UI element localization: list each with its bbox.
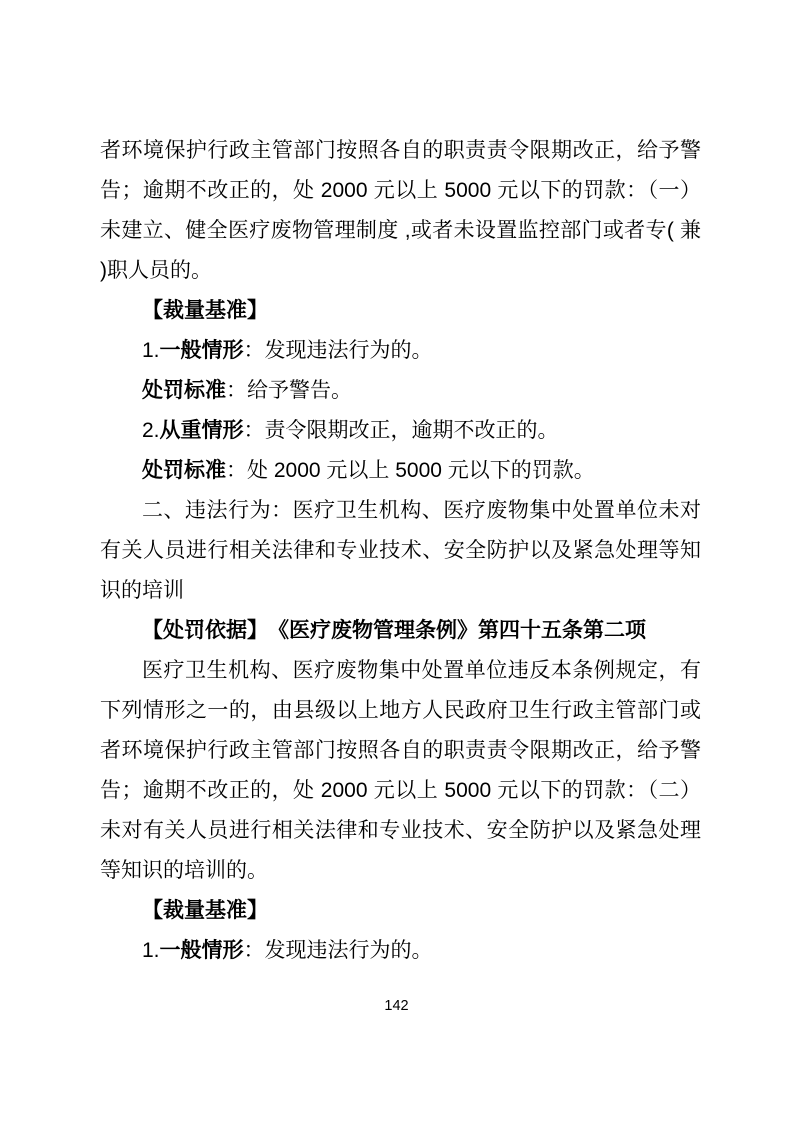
para-item2-general-case: 1.一般情形：发现违法行为的。 (100, 931, 701, 971)
text-run: 医疗卫生机构、医疗废物集中处置单位违反本条例规定，有下列情形之一的，由县级以上地… (100, 659, 701, 882)
heading-discretion-benchmark-item2: 【裁量基准】 (100, 891, 701, 931)
page-number: 142 (384, 998, 408, 1014)
bold-text-run: 【处罚依据】 《医疗废物管理条例》第四十五条第二项 (142, 619, 646, 642)
text-run: ：发现违法行为的。 (244, 939, 433, 962)
bold-text-run: 从重情形 (160, 419, 244, 442)
para-item1-regulation-continuation: 者环境保护行政主管部门按照各自的职责责令限期改正，给予警告；逾期不改正的，处 2… (100, 131, 701, 291)
page-footer: 142 (0, 996, 793, 1016)
para-item1-aggravated-case: 2.从重情形：责令限期改正，逾期不改正的。 (100, 411, 701, 451)
para-item1-aggravated-penalty-standard: 处罚标准：处 2000 元以上 5000 元以下的罚款。 (100, 451, 701, 491)
para-item1-general-case: 1.一般情形：发现违法行为的。 (100, 331, 701, 371)
text-run: ：处 2000 元以上 5000 元以下的罚款。 (226, 459, 595, 482)
bold-text-run: 【裁量基准】 (142, 899, 268, 922)
bold-text-run: 处罚标准 (142, 459, 226, 482)
document-body: 者环境保护行政主管部门按照各自的职责责令限期改正，给予警告；逾期不改正的，处 2… (100, 131, 701, 971)
para-item1-general-penalty-standard: 处罚标准：给予警告。 (100, 371, 701, 411)
document-page: 者环境保护行政主管部门按照各自的职责责令限期改正，给予警告；逾期不改正的，处 2… (0, 0, 793, 1122)
para-item2-regulation-text: 医疗卫生机构、医疗废物集中处置单位违反本条例规定，有下列情形之一的，由县级以上地… (100, 651, 701, 891)
bold-text-run: 【裁量基准】 (142, 299, 268, 322)
text-run: ：发现违法行为的。 (244, 339, 433, 362)
heading-discretion-benchmark-item1: 【裁量基准】 (100, 291, 701, 331)
bold-text-run: 一般情形 (160, 939, 244, 962)
text-run: 二、违法行为：医疗卫生机构、医疗废物集中处置单位未对有关人员进行相关法律和专业技… (100, 499, 701, 602)
bold-text-run: 处罚标准 (142, 379, 226, 402)
text-run: 1. (142, 339, 160, 362)
heading-penalty-basis-item2: 【处罚依据】 《医疗废物管理条例》第四十五条第二项 (100, 611, 701, 651)
text-run: 2. (142, 419, 160, 442)
para-item2-violation-description: 二、违法行为：医疗卫生机构、医疗废物集中处置单位未对有关人员进行相关法律和专业技… (100, 491, 701, 611)
text-run: ：责令限期改正，逾期不改正的。 (244, 419, 559, 442)
text-run: ：给予警告。 (226, 379, 352, 402)
text-run: 1. (142, 939, 160, 962)
text-run: 者环境保护行政主管部门按照各自的职责责令限期改正，给予警告；逾期不改正的，处 2… (100, 139, 701, 282)
bold-text-run: 一般情形 (160, 339, 244, 362)
